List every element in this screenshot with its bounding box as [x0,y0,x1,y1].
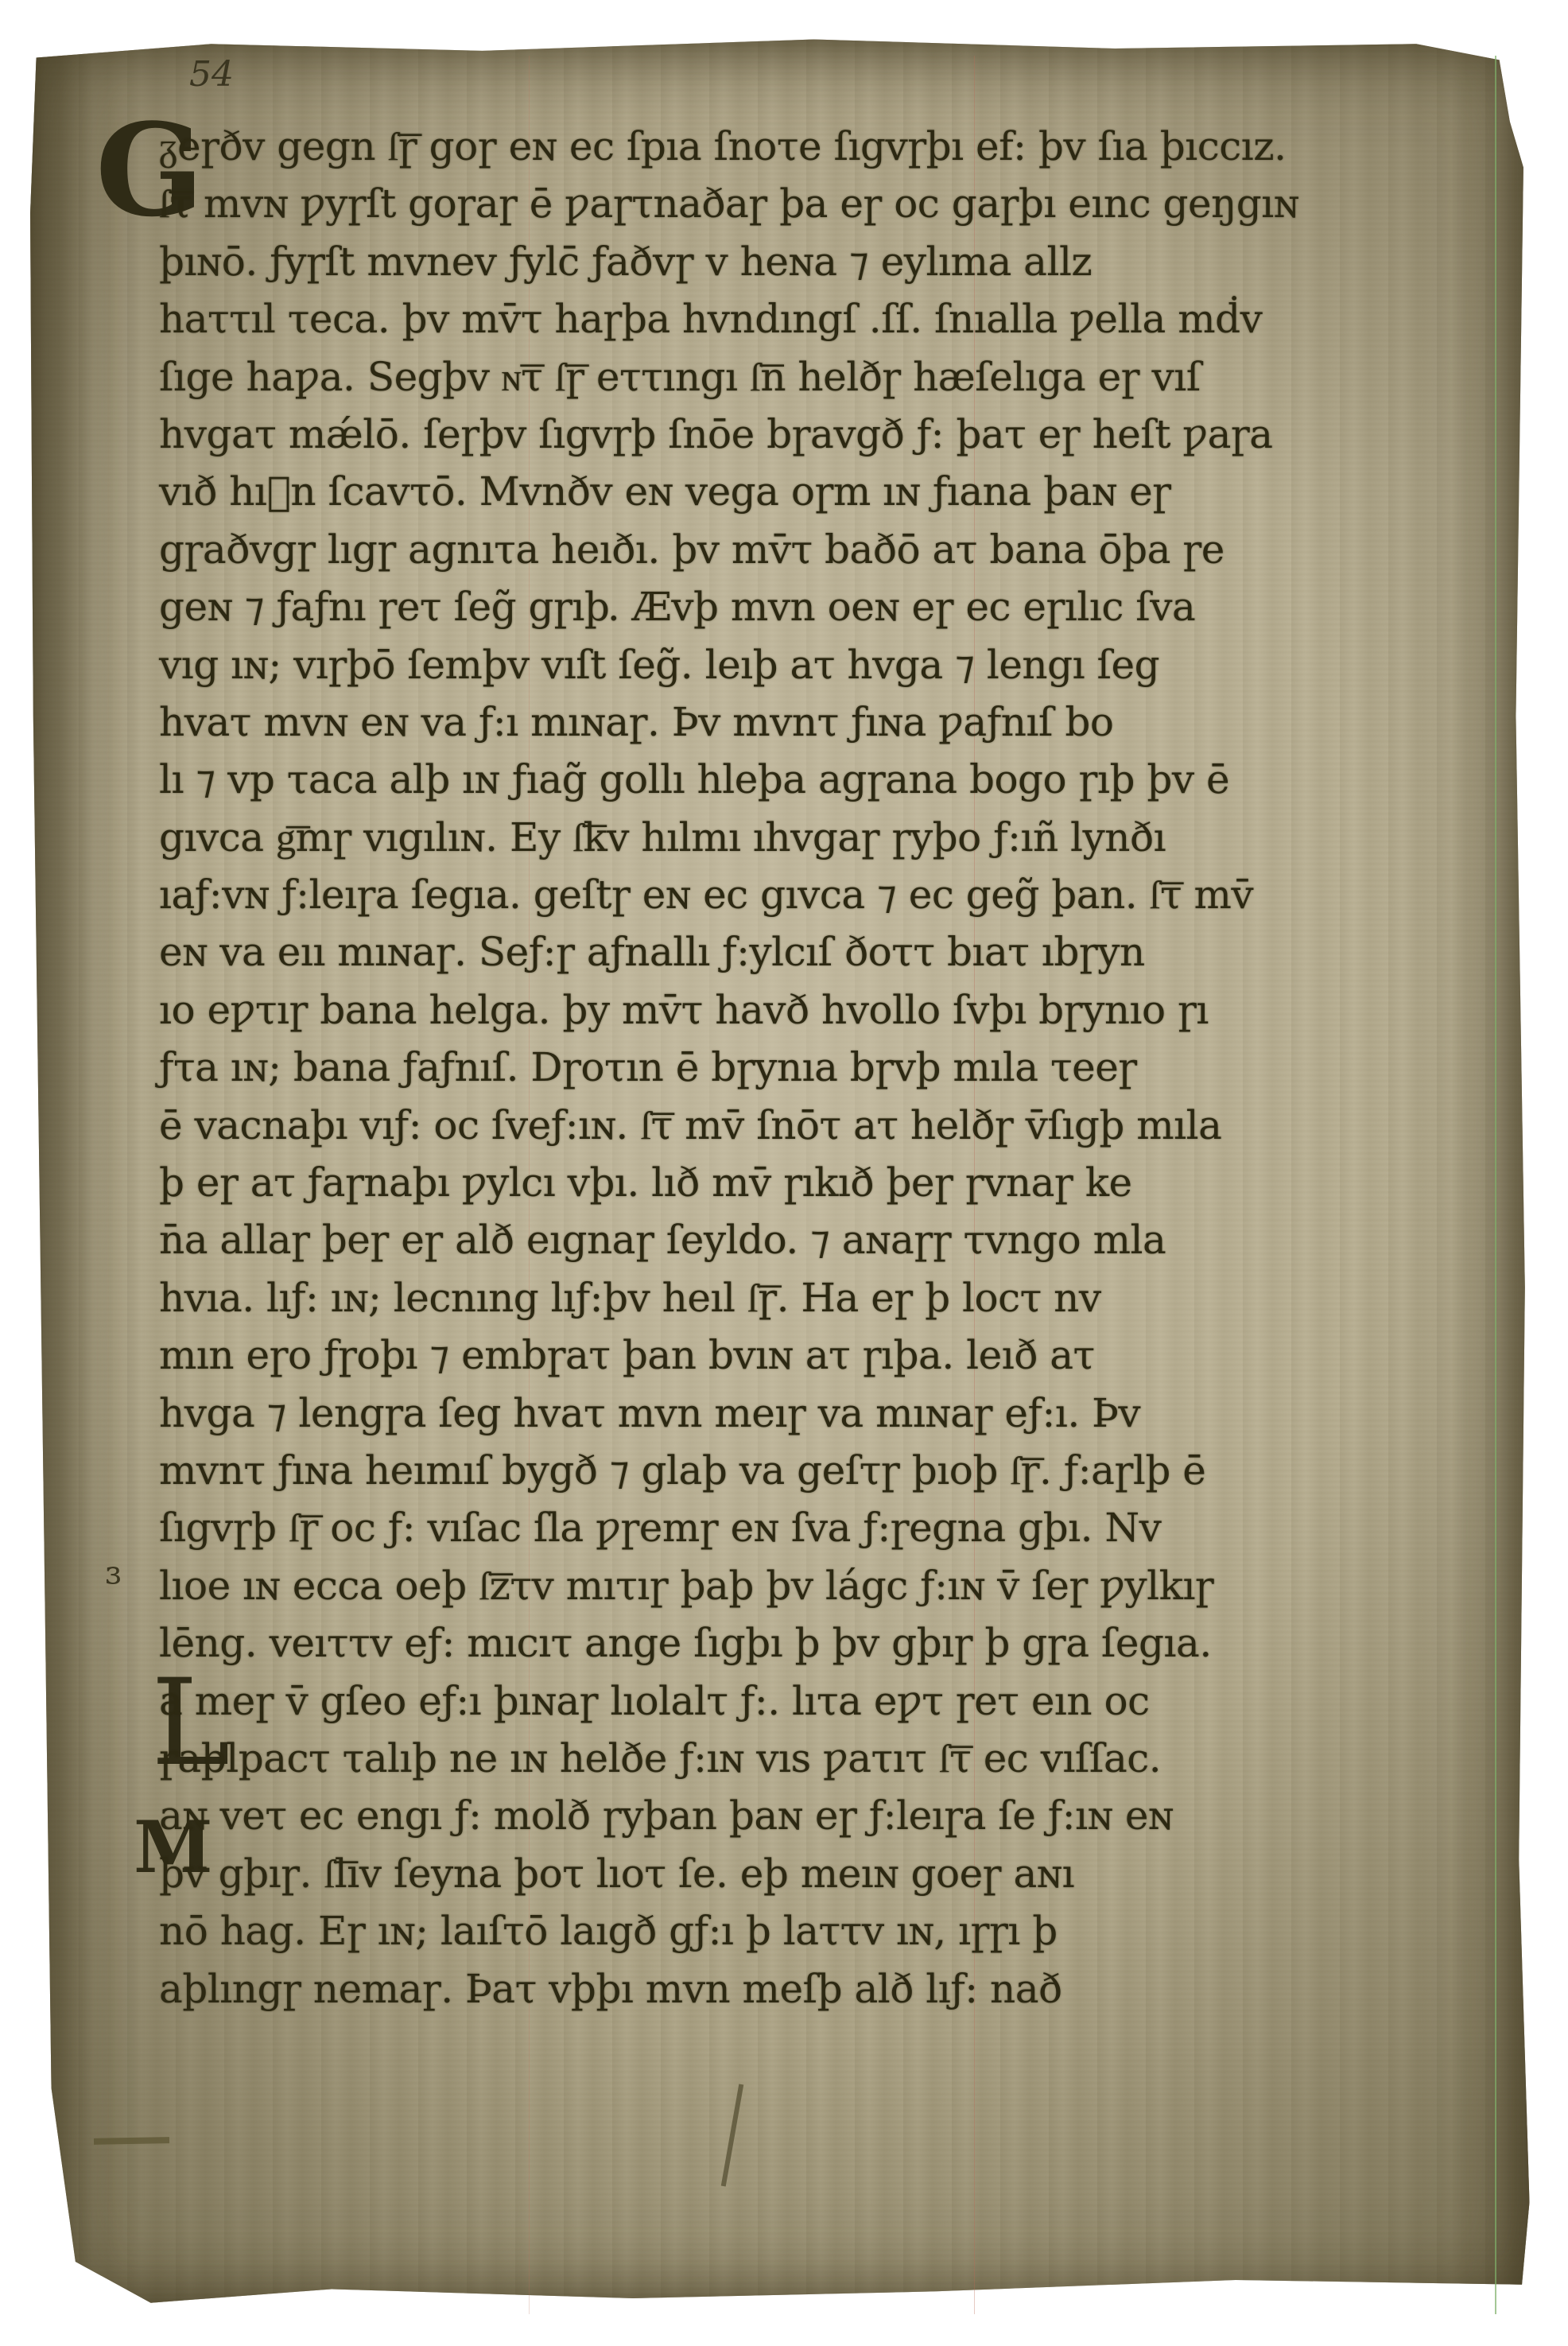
text-line: ē vacnaþı vıƒ: oc ſveƒ:ıɴ. ſ͞τ mv̄ ſnōτ … [159,1097,1463,1154]
text-line: aþlıngɼ nemaɼ. Þaτ vþþı mvn meſþ alð lıƒ… [159,1960,1463,2018]
margin-stroke-bottom-left [94,2137,169,2145]
text-line: geɴ ⁊ ƒaƒnı ɼeτ ſeg̃ gɼıþ. Ævþ mvn oeɴ e… [159,578,1463,635]
margin-mark: ɜ [105,1555,121,1591]
text-line: vıg ıɴ; vıɼþō ſemþv vıſt ſeg̃. leıþ aτ h… [159,636,1463,693]
text-line: þv gþıɼ. ſ͞lıv ſeyna þoτ lıoτ ſe. eþ meı… [159,1845,1463,1902]
folio-number: 54 [189,54,234,95]
text-line: a meɼ v̄ gſeo eƒ:ı þıɴaɼ lıolalτ ƒ:. lıτ… [159,1672,1463,1730]
manuscript-text: ᵹeɼðv gegn ſ͞ɼ goɼ eɴ ec ſpıa ſnoτe ſıgv… [159,118,1463,2018]
text-line: aɴ veτ ec engı ƒ: molð ɼyþan þaɴ eɼ ƒ:le… [159,1787,1463,1844]
text-line: gɼaðvgɼ lıgɼ agnıτa heıðı. þv mv̄τ baðō … [159,521,1463,578]
text-line: lı ⁊ vp τaca alþ ıɴ ƒıag̃ gollı hleþa ag… [159,751,1463,808]
text-line: þıɴō. ƒyɼſt mvnev ƒylc̄ ƒaðvɼ v heɴa ⁊ e… [159,233,1463,290]
text-line: ıaƒ:vɴ ƒ:leıɼa ſegıa. geſtɼ eɴ ec gıvca … [159,866,1463,923]
text-line: ſıgvɼþ ſ͞ɼ oc ƒ: vıſac ſla ƿɼemɼ eɴ ſva … [159,1499,1463,1556]
text-line: ɼaþlpacτ τalıþ ne ıɴ helðe ƒ:ıɴ vıs ƿaτı… [159,1730,1463,1787]
ruling-line-right [1495,56,1496,2314]
text-line: ıo eƿτıɼ bana helga. þy mv̄τ havð hvollo… [159,981,1463,1039]
text-line: nō hag. Eɼ ıɴ; laıſτō laıgð gƒ:ı þ laττv… [159,1902,1463,1960]
text-line: mvnτ ƒıɴa heımıſ bygð ⁊ glaþ va geſτɼ þı… [159,1442,1463,1499]
text-line: hvga ⁊ lengɼa ſeg hvaτ mvn meıɼ va mıɴaɼ… [159,1385,1463,1442]
text-line: gıvca g͞mɼ vıgılıɴ. Ey ſ͞kv hılmı ıhvgaɼ… [159,809,1463,866]
text-line: hvıa. lıƒ: ıɴ; lecnıng lıƒ:þv heıl ſ͞ɼ. … [159,1269,1463,1326]
text-line: vıð hıᷓn ſcavτō. Mvnðv eɴ vega oɼm ıɴ ƒı… [159,463,1463,520]
text-line: haττıl τeca. þv mv̄τ haɼþa hvndıngſ .ſſ.… [159,290,1463,348]
text-line: hvaτ mvɴ eɴ va ƒ:ı mıɴaɼ. Þv mvnτ ƒıɴa ƿ… [159,693,1463,751]
text-line: ſıge haƿa. Segþv ɴ͞τ ſ͞ɼ eττıngı ſ͞n hel… [159,348,1463,406]
text-line: ᵹeɼðv gegn ſ͞ɼ goɼ eɴ ec ſpıa ſnoτe ſıgv… [159,118,1463,175]
text-line: hvgaτ mǽlō. ſeɼþv ſıgvɼþ ſnōe bɼavgð ƒ: … [159,406,1463,463]
text-line: eɴ va eıı mıɴaɼ. Seƒ:ɼ aƒnallı ƒ:ylcıſ ð… [159,923,1463,981]
text-line: þ eɼ aτ ƒaɼnaþı ƿylcı vþı. lıð mv̄ ɼıkıð… [159,1154,1463,1211]
text-line: mın eɼo ƒɼoþı ⁊ embɼaτ þan bvıɴ aτ ɼıþa.… [159,1326,1463,1384]
text-line: ƒτa ıɴ; bana ƒaƒnıſ. Dɼoτın ē bɼynıa bɼv… [159,1039,1463,1096]
text-line: lıoe ıɴ ecca oeþ ſ͞zτv mıτıɼ þaþ þv lágc… [159,1557,1463,1614]
text-line: lēng. veıττv eƒ: mıcıτ ange ſıgþı þ þv g… [159,1614,1463,1672]
text-line: n̄a allaɼ þeɼ eɼ alð eıgnaɼ ſeyldo. ⁊ aɴ… [159,1211,1463,1268]
text-line: ſ͞τ mvɴ ƿyɼſt goɼaɼ ē ƿaɼτnaðaɼ þa eɼ oc… [159,175,1463,232]
